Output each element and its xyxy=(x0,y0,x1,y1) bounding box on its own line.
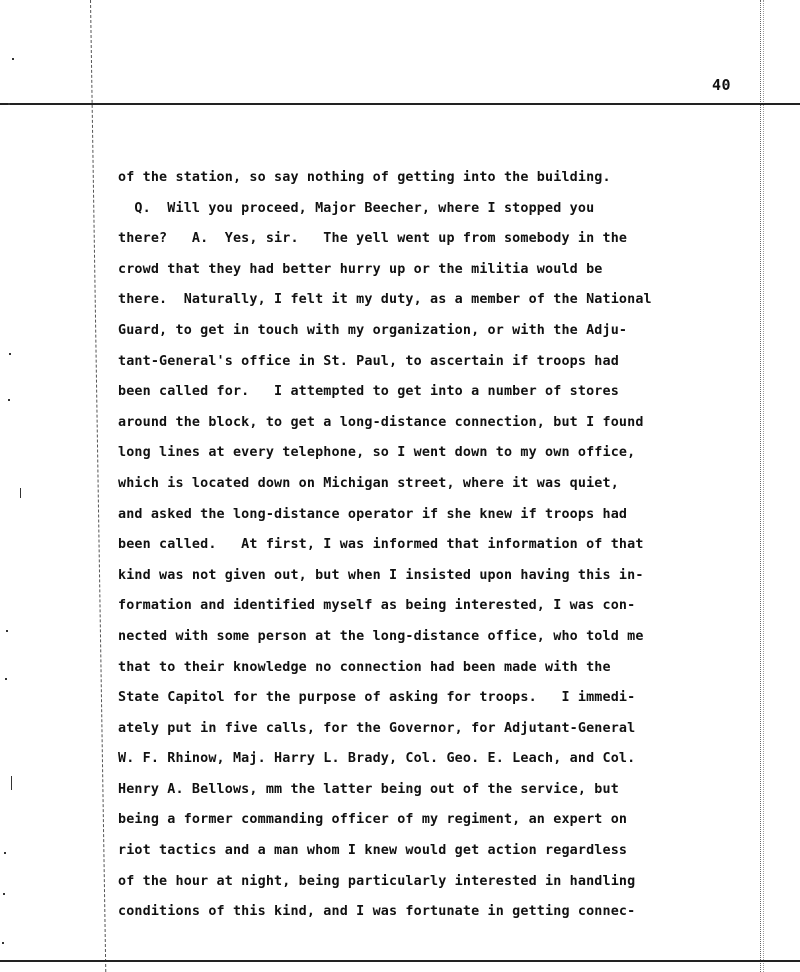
text-line: riot tactics and a man whom I knew would… xyxy=(118,839,758,870)
text-line: of the station, so say nothing of gettin… xyxy=(118,166,758,197)
scan-speck xyxy=(9,353,11,355)
text-line: conditions of this kind, and I was fortu… xyxy=(118,900,758,931)
scan-speck xyxy=(8,103,10,105)
footer-rule xyxy=(0,960,800,962)
scan-speck xyxy=(4,852,6,854)
text-line: Guard, to get in touch with my organizat… xyxy=(118,319,758,350)
text-line: being a former commanding officer of my … xyxy=(118,808,758,839)
text-line: crowd that they had better hurry up or t… xyxy=(118,258,758,289)
text-line: tant-General's office in St. Paul, to as… xyxy=(118,350,758,381)
text-line: been called. At first, I was informed th… xyxy=(118,533,758,564)
scan-speck xyxy=(12,58,14,60)
text-line: kind was not given out, but when I insis… xyxy=(118,564,758,595)
text-line: ately put in five calls, for the Governo… xyxy=(118,717,758,748)
scan-speck xyxy=(6,630,8,632)
page-number: 40 xyxy=(712,76,731,94)
text-line: long lines at every telephone, so I went… xyxy=(118,441,758,472)
text-line: formation and identified myself as being… xyxy=(118,594,758,625)
right-margin-rule xyxy=(760,0,764,972)
text-line: around the block, to get a long-distance… xyxy=(118,411,758,442)
header-rule xyxy=(0,103,800,105)
scan-speck xyxy=(8,399,10,401)
transcript-body: of the station, so say nothing of gettin… xyxy=(118,166,758,931)
scan-speck xyxy=(11,776,12,790)
text-line: Q. Will you proceed, Major Beecher, wher… xyxy=(118,197,758,228)
text-line: State Capitol for the purpose of asking … xyxy=(118,686,758,717)
text-line: which is located down on Michigan street… xyxy=(118,472,758,503)
text-line: there. Naturally, I felt it my duty, as … xyxy=(118,288,758,319)
scan-speck xyxy=(5,678,7,680)
text-line: that to their knowledge no connection ha… xyxy=(118,656,758,687)
text-line: Henry A. Bellows, mm the latter being ou… xyxy=(118,778,758,809)
scan-speck xyxy=(2,942,4,944)
document-page: 40 of the station, so say nothing of get… xyxy=(0,0,800,972)
text-line: there? A. Yes, sir. The yell went up fro… xyxy=(118,227,758,258)
text-line: been called for. I attempted to get into… xyxy=(118,380,758,411)
left-margin-rule xyxy=(90,0,106,972)
scan-speck xyxy=(3,893,5,895)
text-line: nected with some person at the long-dist… xyxy=(118,625,758,656)
text-line: and asked the long-distance operator if … xyxy=(118,503,758,534)
scan-speck xyxy=(20,488,21,498)
text-line: of the hour at night, being particularly… xyxy=(118,870,758,901)
text-line: W. F. Rhinow, Maj. Harry L. Brady, Col. … xyxy=(118,747,758,778)
